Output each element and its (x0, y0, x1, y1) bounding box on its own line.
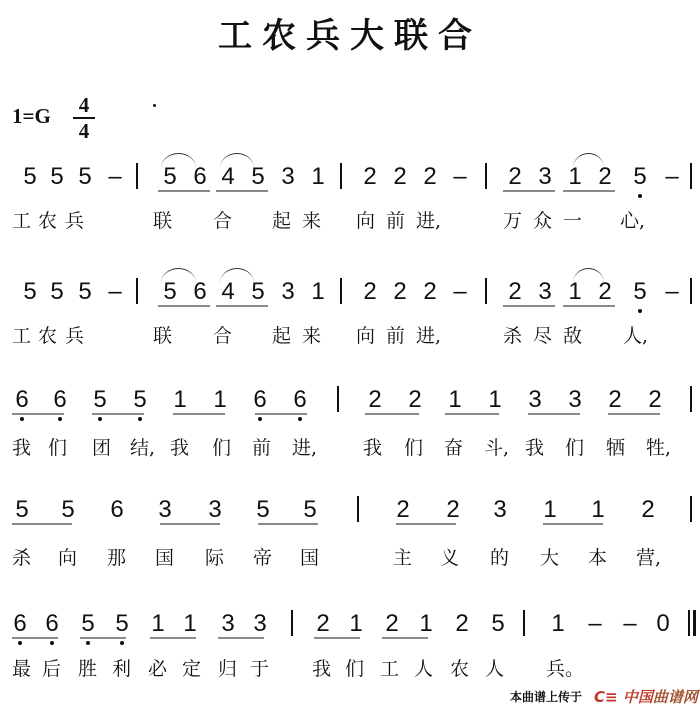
eighth-underline (528, 413, 580, 415)
logo-mark-icon: C≡ (594, 688, 618, 706)
lower-octave-dot (50, 641, 54, 645)
logo-text-b: 曲谱网 (653, 688, 698, 706)
note: 2 (365, 388, 385, 412)
note: 2 (595, 165, 615, 189)
lyric: 斗, (484, 437, 508, 459)
lyric: 向 (356, 210, 380, 232)
upload-note: 本曲谱上传于 (510, 688, 582, 705)
lyric: 万 (503, 210, 527, 232)
note: 3 (525, 388, 545, 412)
eighth-underline (216, 190, 268, 192)
note: 5 (248, 165, 268, 189)
note: 5 (160, 165, 180, 189)
note: 5 (130, 388, 150, 412)
lyric: 兵 (65, 210, 89, 232)
note: 2 (443, 498, 463, 522)
note: 5 (47, 165, 67, 189)
lyric: 的 (490, 547, 514, 569)
lyric: 向 (58, 547, 82, 569)
note: 3 (205, 498, 225, 522)
barline (485, 163, 487, 189)
lyric: 定 (182, 658, 206, 680)
note: 6 (50, 388, 70, 412)
lyric: 进, (416, 210, 440, 232)
lyric: 国 (155, 547, 179, 569)
lyric: 我 (312, 658, 336, 680)
lyric: 团 (92, 437, 116, 459)
eighth-underline (92, 413, 144, 415)
note: 5 (630, 165, 650, 189)
lower-octave-dot (98, 417, 102, 421)
note: 6 (250, 388, 270, 412)
note: 2 (420, 165, 440, 189)
lyric: 利 (112, 658, 136, 680)
lyric: 际 (205, 547, 229, 569)
eighth-underline (258, 523, 318, 525)
note: 3 (278, 280, 298, 304)
note: 2 (382, 612, 402, 636)
note: 2 (645, 388, 665, 412)
lyric: 人 (414, 658, 438, 680)
lyric: 必 (148, 658, 172, 680)
eighth-underline (158, 305, 210, 307)
lyric: 们 (48, 437, 72, 459)
lyric: 一 (563, 210, 587, 232)
lyric: 我 (525, 437, 549, 459)
eighth-underline (173, 413, 225, 415)
eighth-underline (314, 637, 360, 639)
note: – (620, 612, 640, 636)
note: 2 (505, 280, 525, 304)
note: 5 (12, 498, 32, 522)
note: 3 (535, 280, 555, 304)
lyric: 起 (272, 210, 296, 232)
lower-octave-dot (120, 641, 124, 645)
note: 6 (190, 280, 210, 304)
note: 2 (595, 280, 615, 304)
note: 2 (360, 280, 380, 304)
time-signature: 4 4 (73, 94, 95, 142)
site-logo[interactable]: C≡ 中国曲谱网 (594, 686, 698, 707)
eighth-underline (563, 305, 615, 307)
slur (161, 153, 196, 168)
eighth-underline (503, 305, 555, 307)
lower-octave-dot (638, 194, 642, 198)
barline (136, 163, 138, 189)
note: 5 (630, 280, 650, 304)
barline (690, 163, 692, 189)
note: 3 (565, 388, 585, 412)
note: 6 (107, 498, 127, 522)
barline (485, 278, 487, 304)
note: 2 (313, 612, 333, 636)
note: 6 (10, 612, 30, 636)
lyric: 向 (356, 325, 380, 347)
lyric: 杀 (503, 325, 527, 347)
slur (161, 268, 196, 283)
note: 1 (445, 388, 465, 412)
note: 2 (452, 612, 472, 636)
lyric: 结, (130, 437, 154, 459)
eighth-underline (543, 523, 603, 525)
lyric: 最 (12, 658, 36, 680)
note: 2 (605, 388, 625, 412)
note: 5 (112, 612, 132, 636)
note: 1 (308, 280, 328, 304)
note: 5 (253, 498, 273, 522)
note: 6 (190, 165, 210, 189)
lyric: 杀 (12, 547, 36, 569)
time-signature-top: 4 (73, 94, 95, 116)
lyric: 敌 (563, 325, 587, 347)
eighth-underline (160, 523, 220, 525)
barline (340, 278, 342, 304)
eighth-underline (382, 637, 428, 639)
lyric: 归 (218, 658, 242, 680)
barline (337, 386, 339, 412)
note: 1 (346, 612, 366, 636)
logo-text-a: 中国 (623, 688, 653, 706)
lower-octave-dot (138, 417, 142, 421)
note: 4 (218, 165, 238, 189)
lyric: 兵。 (546, 658, 570, 680)
final-barline-thin (688, 610, 690, 636)
lyric: 工 (12, 210, 36, 232)
note: 3 (155, 498, 175, 522)
note: 6 (42, 612, 62, 636)
note: – (585, 612, 605, 636)
note: 2 (638, 498, 658, 522)
note: 1 (308, 165, 328, 189)
eighth-underline (150, 637, 196, 639)
note: 5 (58, 498, 78, 522)
lyric: 胜 (78, 658, 102, 680)
note: 3 (278, 165, 298, 189)
barline (690, 496, 692, 522)
song-title: 工农兵大联合 (0, 8, 700, 57)
lyric: 主 (393, 547, 417, 569)
stray-dot (153, 104, 156, 107)
lower-octave-dot (18, 641, 22, 645)
barline (357, 496, 359, 522)
note: 1 (210, 388, 230, 412)
lyric: 们 (345, 658, 369, 680)
lyric: 们 (212, 437, 236, 459)
eighth-underline (216, 305, 268, 307)
lyric: 合 (213, 210, 237, 232)
eighth-underline (12, 637, 58, 639)
lyric: 大 (540, 547, 564, 569)
note: 4 (218, 280, 238, 304)
lower-octave-dot (258, 417, 262, 421)
key-signature: 1=G (12, 104, 51, 129)
time-signature-bottom: 4 (73, 120, 95, 142)
lyric: 来 (302, 325, 326, 347)
note: 0 (653, 612, 673, 636)
note: – (450, 280, 470, 304)
lyric: 义 (440, 547, 464, 569)
note: – (105, 280, 125, 304)
lyric: 进, (292, 437, 316, 459)
slur (220, 153, 254, 168)
note: 3 (218, 612, 238, 636)
lyric: 兵 (65, 325, 89, 347)
note: 5 (78, 612, 98, 636)
eighth-underline (563, 190, 615, 192)
lower-octave-dot (20, 417, 24, 421)
slur (573, 268, 604, 283)
lyric: 我 (12, 437, 36, 459)
note: 2 (393, 498, 413, 522)
lyric: 我 (170, 437, 194, 459)
eighth-underline (80, 637, 126, 639)
eighth-underline (396, 523, 456, 525)
note: – (450, 165, 470, 189)
note: 2 (390, 165, 410, 189)
lyric: 心, (620, 210, 644, 232)
barline (690, 386, 692, 412)
barline (136, 278, 138, 304)
note: 5 (160, 280, 180, 304)
lyric: 牺 (606, 437, 630, 459)
note: 2 (420, 280, 440, 304)
lyric: 本 (588, 547, 612, 569)
note: 5 (248, 280, 268, 304)
note: 5 (75, 165, 95, 189)
lower-octave-dot (638, 309, 642, 313)
slur (573, 153, 604, 168)
note: 1 (148, 612, 168, 636)
lyric: 前 (252, 437, 276, 459)
lyric: 工 (12, 325, 36, 347)
lower-octave-dot (86, 641, 90, 645)
note: 1 (170, 388, 190, 412)
lyric: 们 (404, 437, 428, 459)
note: 5 (47, 280, 67, 304)
eighth-underline (608, 413, 660, 415)
eighth-underline (503, 190, 555, 192)
lyric: 人 (485, 658, 509, 680)
lyric: 起 (272, 325, 296, 347)
lyric: 进, (416, 325, 440, 347)
note: 5 (488, 612, 508, 636)
barline (690, 278, 692, 304)
lyric: 联 (153, 325, 177, 347)
eighth-underline (445, 413, 499, 415)
note: 5 (75, 280, 95, 304)
barline (523, 610, 525, 636)
lyric: 于 (250, 658, 274, 680)
lyric: 农 (38, 325, 62, 347)
note: 1 (565, 165, 585, 189)
lyric: 前 (386, 210, 410, 232)
lyric: 农 (38, 210, 62, 232)
eighth-underline (255, 413, 307, 415)
lyric: 牲, (646, 437, 670, 459)
lower-octave-dot (298, 417, 302, 421)
note: 2 (390, 280, 410, 304)
lyric: 国 (300, 547, 324, 569)
note: 1 (416, 612, 436, 636)
note: 2 (505, 165, 525, 189)
note: 3 (490, 498, 510, 522)
lyric: 奋 (444, 437, 468, 459)
note: 2 (405, 388, 425, 412)
note: 1 (540, 498, 560, 522)
note: 5 (300, 498, 320, 522)
lyric: 众 (533, 210, 557, 232)
note: 6 (12, 388, 32, 412)
lyric: 人, (623, 325, 647, 347)
lyric: 营, (636, 547, 660, 569)
barline (291, 610, 293, 636)
lyric: 们 (565, 437, 589, 459)
eighth-underline (365, 413, 419, 415)
note: 5 (90, 388, 110, 412)
barline (340, 163, 342, 189)
lyric: 帝 (253, 547, 277, 569)
note: – (662, 280, 682, 304)
note: 1 (588, 498, 608, 522)
note: 3 (535, 165, 555, 189)
note: 1 (565, 280, 585, 304)
note: 3 (250, 612, 270, 636)
note: 1 (485, 388, 505, 412)
note: – (105, 165, 125, 189)
eighth-underline (12, 523, 72, 525)
note: 1 (548, 612, 568, 636)
lyric: 后 (42, 658, 66, 680)
note: – (662, 165, 682, 189)
lower-octave-dot (58, 417, 62, 421)
note: 2 (360, 165, 380, 189)
lyric: 合 (213, 325, 237, 347)
lyric: 工 (380, 658, 404, 680)
lyric: 联 (153, 210, 177, 232)
eighth-underline (12, 413, 64, 415)
eighth-underline (158, 190, 210, 192)
note: 1 (180, 612, 200, 636)
lyric: 尽 (533, 325, 557, 347)
note: 6 (290, 388, 310, 412)
note: 5 (20, 165, 40, 189)
slur (220, 268, 254, 283)
note: 5 (20, 280, 40, 304)
lyric: 我 (363, 437, 387, 459)
final-barline-thick (693, 610, 696, 636)
lyric: 前 (386, 325, 410, 347)
lyric: 那 (107, 547, 131, 569)
lyric: 农 (450, 658, 474, 680)
lyric: 来 (302, 210, 326, 232)
eighth-underline (218, 637, 264, 639)
